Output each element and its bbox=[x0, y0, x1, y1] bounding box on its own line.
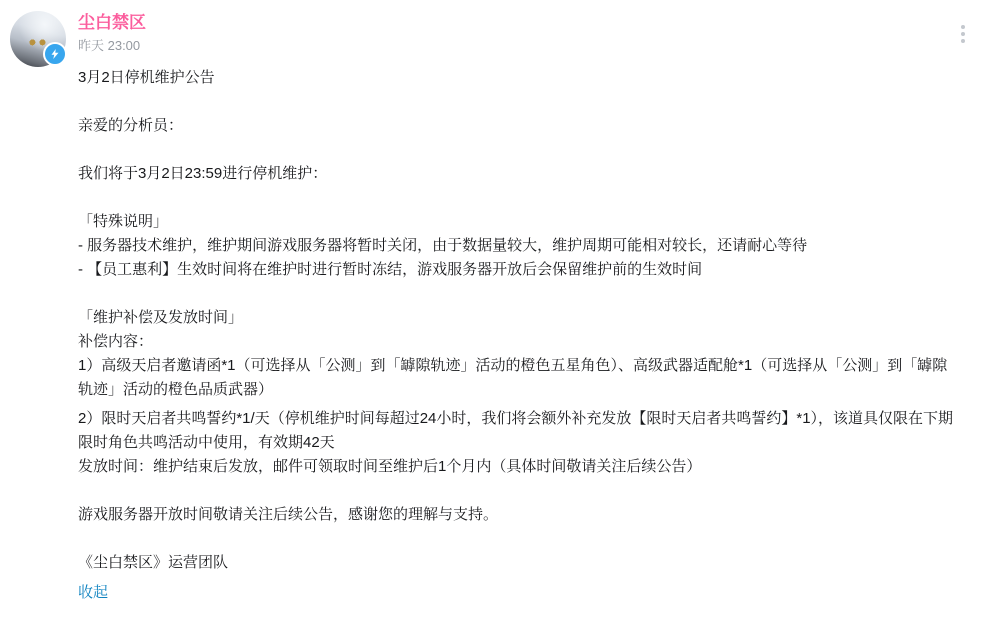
post-line: - 服务器技术维护，维护期间游戏服务器将暂时关闭，由于数据量较大，维护周期可能相… bbox=[78, 234, 969, 258]
post-line: - 【员工惠利】生效时间将在维护时进行暂时冻结，游戏服务器开放后会保留维护前的生… bbox=[78, 258, 969, 282]
more-menu-button[interactable] bbox=[953, 21, 973, 47]
post-line: 补偿内容： bbox=[78, 330, 969, 354]
post-line: 限时角色共鸣活动中使用，有效期42天 bbox=[78, 431, 969, 455]
post-line bbox=[78, 479, 969, 503]
post-line: 《尘白禁区》运营团队 bbox=[78, 551, 969, 575]
ellipsis-dot bbox=[961, 39, 965, 43]
post-line: 轨迹」活动的橙色品质武器） bbox=[78, 378, 969, 402]
post-line: 亲爱的分析员： bbox=[78, 114, 969, 138]
post-line: 我们将于3月2日23:59进行停机维护： bbox=[78, 162, 969, 186]
post-line: 游戏服务器开放时间敬请关注后续公告，感谢您的理解与支持。 bbox=[78, 503, 969, 527]
lightning-icon bbox=[49, 48, 61, 60]
post-line: 「特殊说明」 bbox=[78, 210, 969, 234]
post-title: 3月2日停机维护公告 bbox=[78, 66, 969, 90]
post-line bbox=[78, 186, 969, 210]
post-line: 发放时间：维护结束后发放，邮件可领取时间至维护后1个月内（具体时间敬请关注后续公… bbox=[78, 455, 969, 479]
ellipsis-dot bbox=[961, 32, 965, 36]
post-line bbox=[78, 527, 969, 551]
author-name[interactable]: 尘白禁区 bbox=[78, 12, 146, 34]
post-line: 1）高级天启者邀请函*1（可选择从「公测」到「罅隙轨迹」活动的橙色五星角色）、高… bbox=[78, 354, 969, 378]
collapse-link[interactable]: 收起 bbox=[78, 581, 108, 605]
ellipsis-dot bbox=[961, 25, 965, 29]
post-card: 尘白禁区 昨天 23:00 3月2日停机维护公告 亲爱的分析员： 我们将于3月2… bbox=[0, 0, 987, 619]
avatar[interactable] bbox=[10, 11, 66, 67]
post-body: 3月2日停机维护公告 亲爱的分析员： 我们将于3月2日23:59进行停机维护： … bbox=[78, 66, 969, 605]
post-timestamp: 昨天 23:00 bbox=[78, 38, 140, 54]
post-line bbox=[78, 282, 969, 306]
post-line bbox=[78, 138, 969, 162]
post-line: 「维护补偿及发放时间」 bbox=[78, 306, 969, 330]
post-line bbox=[78, 90, 969, 114]
official-badge bbox=[43, 42, 67, 66]
post-line: 2）限时天启者共鸣誓约*1/天（停机维护时间每超过24小时，我们将会额外补充发放… bbox=[78, 407, 969, 431]
